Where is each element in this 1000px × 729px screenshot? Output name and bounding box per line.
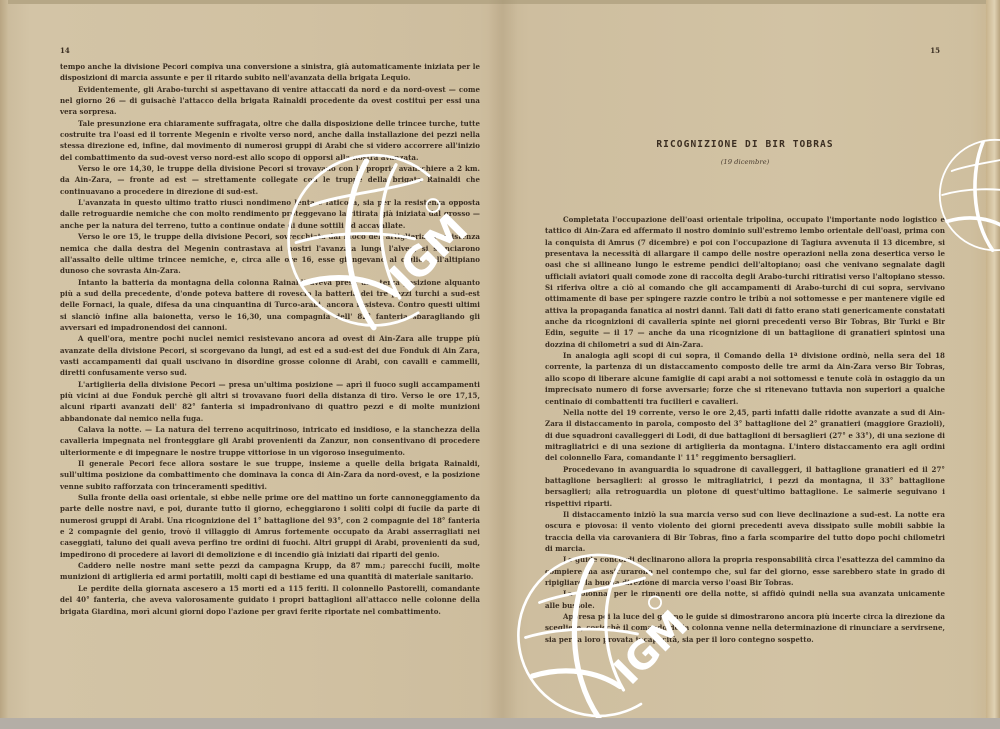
paragraph: L'avanzata in questo ultimo tratto riusc… <box>60 197 480 231</box>
paragraph: Le perdite della giornata ascesero a 15 … <box>60 583 480 617</box>
paragraph: Caddero nelle nostre mani sette pezzi da… <box>60 560 480 583</box>
left-page-body: tempo anche la divisione Pecori compiva … <box>60 61 480 617</box>
scan-background <box>0 718 1000 729</box>
paragraph: L'artiglieria della divisione Pecori — p… <box>60 379 480 424</box>
paragraph: Completata l'occupazione dell'oasi orien… <box>545 214 945 350</box>
paragraph: In analogia agli scopi di cui sopra, il … <box>545 350 945 407</box>
page-number: 15 <box>545 46 945 55</box>
paragraph: Evidentemente, gli Arabo-turchi si aspet… <box>60 84 480 118</box>
paragraph: Verso le ore 15, le truppe della divisio… <box>60 231 480 276</box>
paragraph: A quell'ora, mentre pochi nuclei nemici … <box>60 333 480 378</box>
left-page: 14 tempo anche la divisione Pecori compi… <box>60 46 480 617</box>
page-number: 14 <box>60 46 480 55</box>
paragraph: Il generale Pecori fece allora sostare l… <box>60 458 480 492</box>
paragraph: Nella notte del 19 corrente, verso le or… <box>545 407 945 464</box>
paragraph: Verso le ore 14,30, le truppe della divi… <box>60 163 480 197</box>
page-right-edge <box>986 0 1000 720</box>
paragraph: Sulla fronte della oasi orientale, si eb… <box>60 492 480 560</box>
paragraph: tempo anche la divisione Pecori compiva … <box>60 61 480 84</box>
paragraph: Intanto la batteria da montagna della co… <box>60 277 480 334</box>
book-spread: 14 tempo anche la divisione Pecori compi… <box>0 0 1000 720</box>
paragraph: Le guide concordi declinarono allora la … <box>545 554 945 588</box>
page-left-edge <box>0 0 8 720</box>
paragraph: La colonna, per le rimanenti ore della n… <box>545 588 945 611</box>
paragraph: Tale presunzione era chiaramente suffrag… <box>60 118 480 163</box>
right-page-body: Completata l'occupazione dell'oasi orien… <box>545 214 945 645</box>
chapter-heading: RICOGNIZIONE DI BIR TOBRAS <box>545 139 945 150</box>
paragraph: Il distaccamento iniziò la sua marcia ve… <box>545 509 945 554</box>
paragraph: Calava la notte. — La natura del terreno… <box>60 424 480 458</box>
right-page: 15 RICOGNIZIONE DI BIR TOBRAS (19 dicemb… <box>545 46 945 645</box>
paragraph: Procedevano in avanguardia lo squadrone … <box>545 464 945 509</box>
chapter-date: (19 dicembre) <box>545 158 945 166</box>
paragraph: Appresa poi la luce del giorno le guide … <box>545 611 945 645</box>
book-gutter <box>488 0 518 720</box>
